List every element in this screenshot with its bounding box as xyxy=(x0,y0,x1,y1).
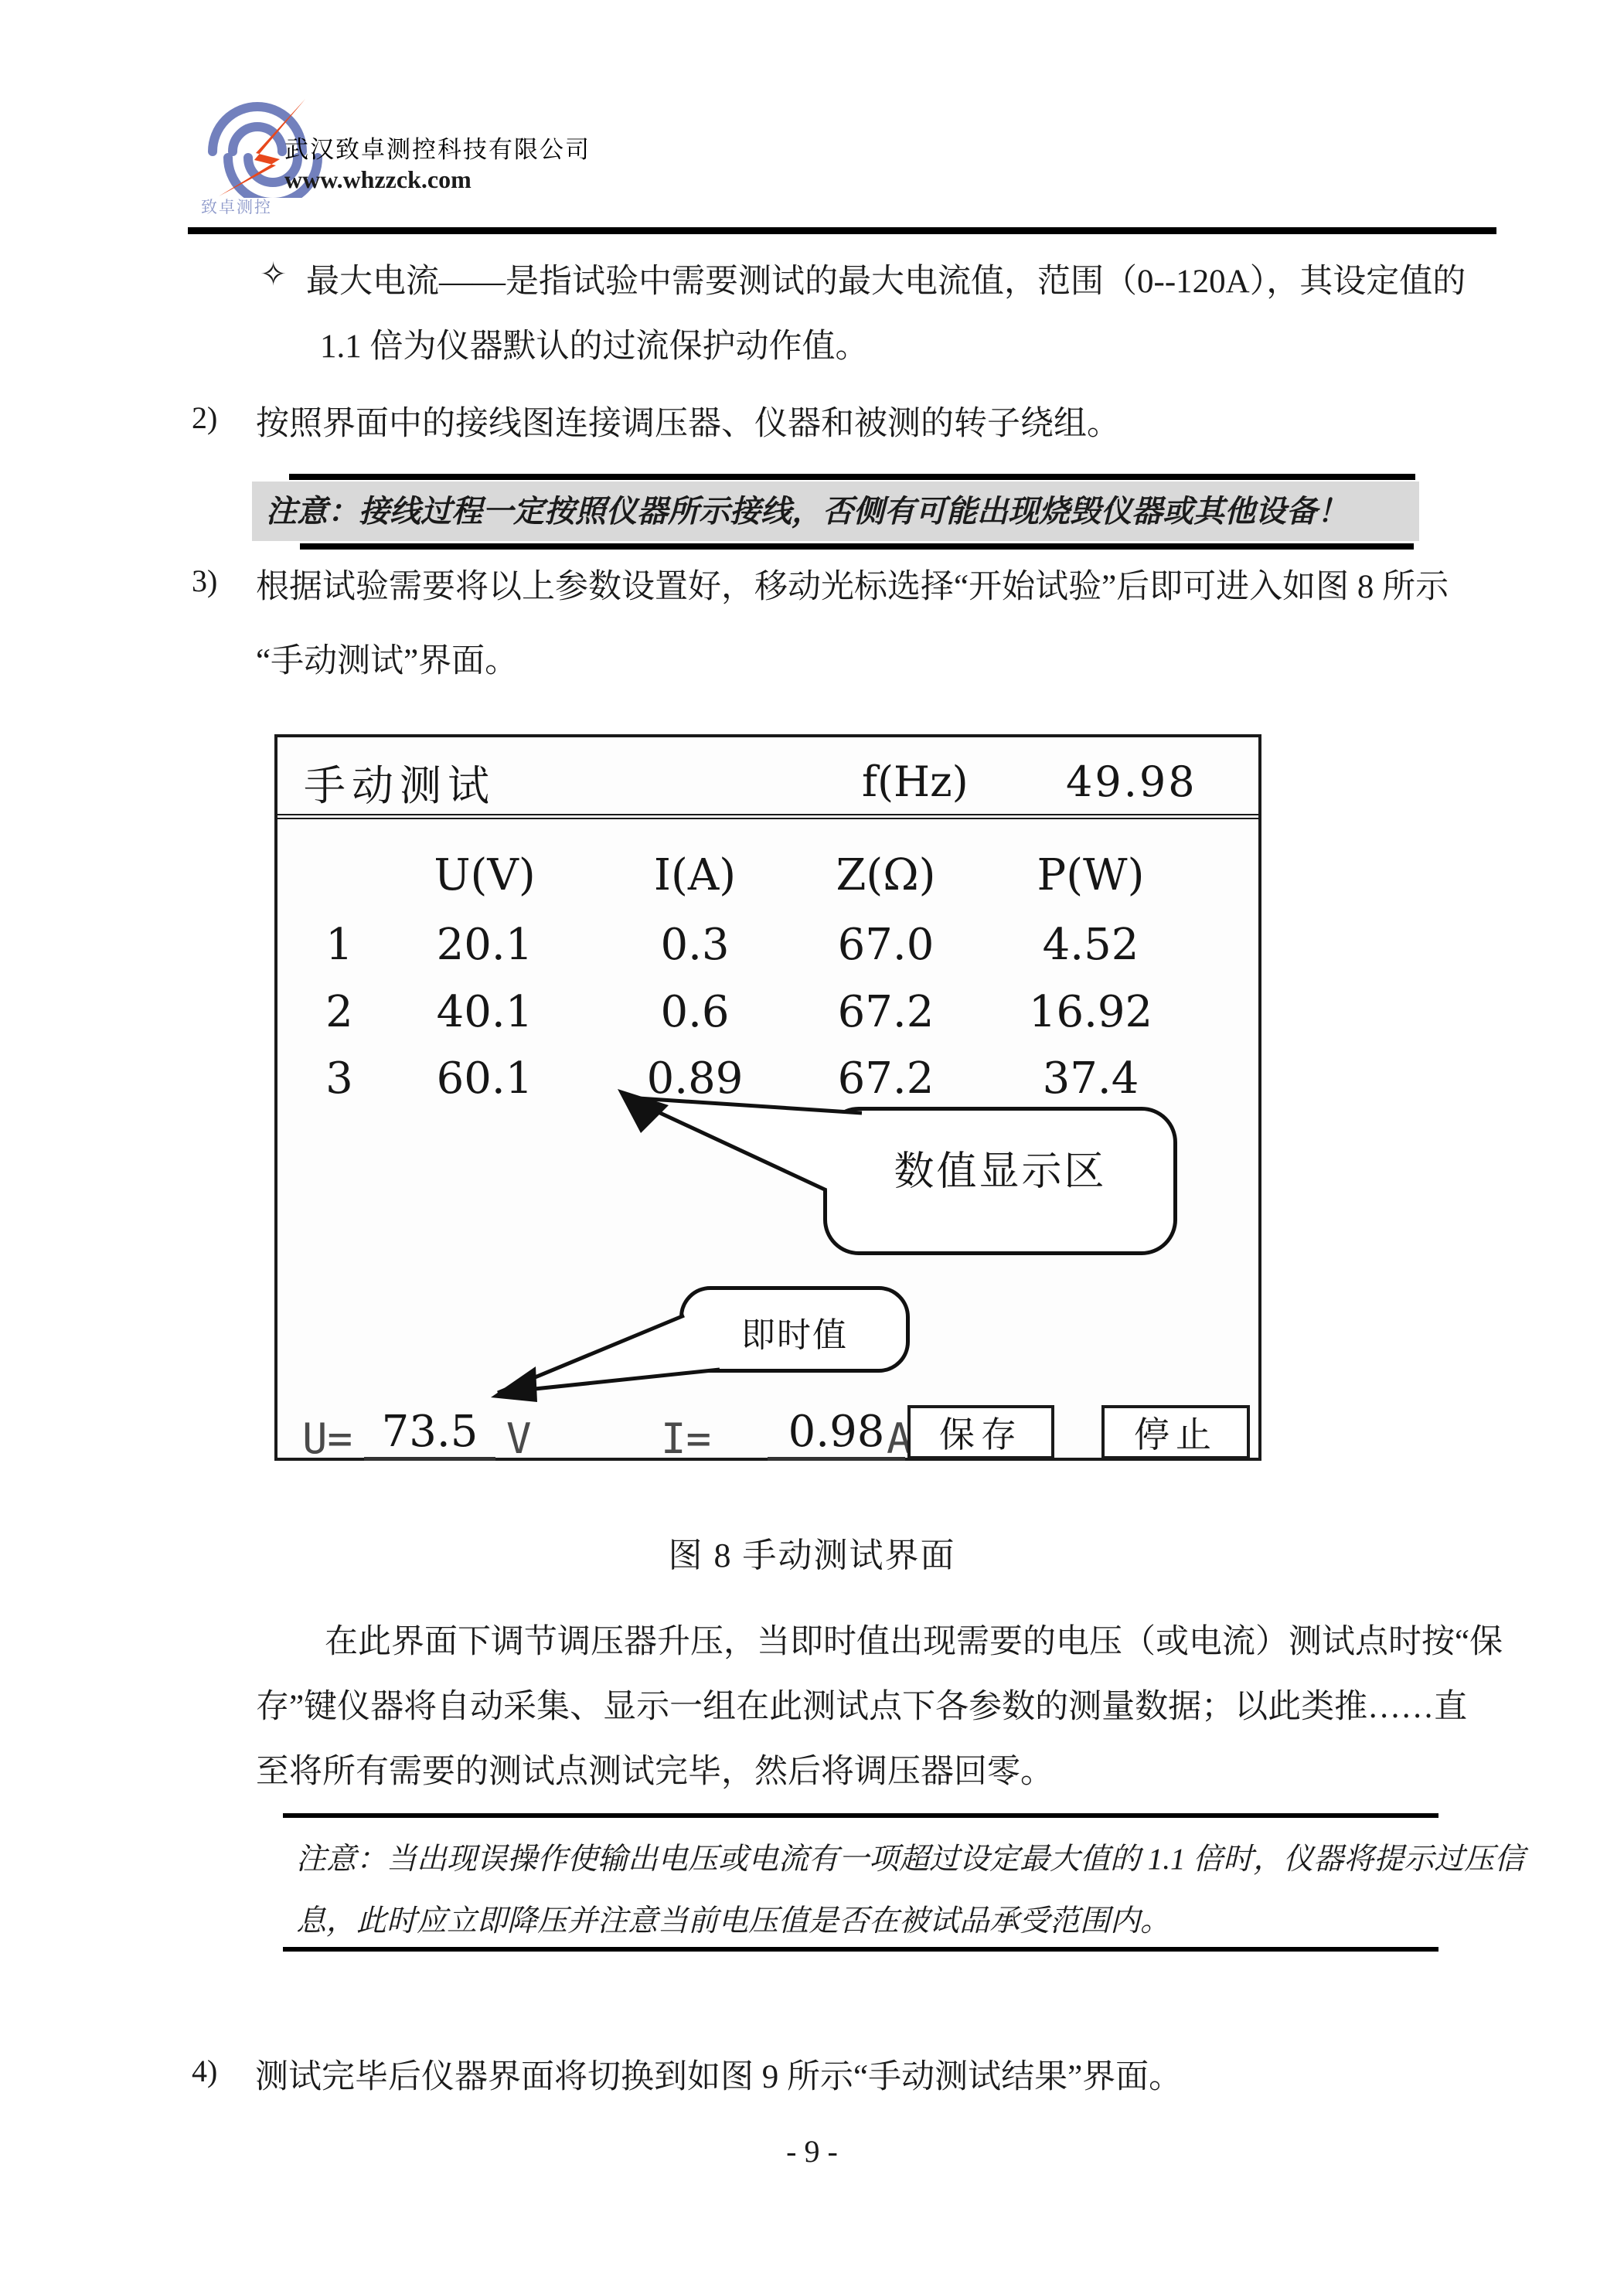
instant-i-value: 0.98 xyxy=(768,1407,905,1461)
paragraph-line-2: 存”键仪器将自动采集、显示一组在此测试点下各参数的测量数据；以此类推……直 xyxy=(256,1680,1467,1727)
warning2-line2: 息，此时应立即降压并注意当前电压值是否在被试品承受范围内。 xyxy=(296,1897,1170,1940)
page-number: - 9 - xyxy=(0,2133,1624,2170)
instant-u-unit: V xyxy=(506,1414,532,1463)
stop-button[interactable]: 停止 xyxy=(1101,1405,1250,1459)
warning2-rule-top xyxy=(283,1813,1438,1818)
callout-bubble-values-area: 数值显示区 xyxy=(823,1107,1177,1255)
logo-caption: 致卓测控 xyxy=(201,195,272,218)
row3-u: 60.1 xyxy=(390,1053,579,1104)
screen-title-row: 手动测试 f(Hz) 49.98 xyxy=(277,737,1258,819)
row2-no: 2 xyxy=(299,987,380,1037)
instant-i-label: I= xyxy=(661,1414,711,1463)
column-header-u: U(V) xyxy=(390,850,579,900)
frequency-value: 49.98 xyxy=(1066,757,1197,806)
save-button[interactable]: 保存 xyxy=(907,1405,1054,1459)
list-item-3-line2: “手动测试”界面。 xyxy=(256,635,518,682)
column-header-z: Z(Ω) xyxy=(785,850,987,900)
instant-u-label: U= xyxy=(302,1414,352,1463)
figure-caption: 图 8 手动测试界面 xyxy=(0,1527,1624,1577)
diamond-bullet-icon: ✧ xyxy=(260,255,287,294)
warning1-banner: 注意：接线过程一定按照仪器所示接线，否侧有可能出现烧毁仪器或其他设备！ xyxy=(252,482,1419,541)
instant-u-value: 73.5 xyxy=(364,1407,495,1461)
row1-u: 20.1 xyxy=(390,920,579,970)
callout-bubble-instant-value: 即时值 xyxy=(679,1286,910,1373)
screen-title: 手动测试 xyxy=(304,753,495,812)
list-item-4-text: 测试完毕后仪器界面将切换到如图 9 所示“手动测试结果”界面。 xyxy=(255,2050,1182,2098)
company-name: 武汉致卓测控科技有限公司 xyxy=(284,130,591,165)
warning2-line1: 注意：当出现误操作使输出电压或电流有一项超过设定最大值的 1.1 倍时，仪器将提… xyxy=(296,1835,1524,1878)
row1-i: 0.3 xyxy=(598,920,792,970)
paragraph-line-1: 在此界面下调节调压器升压，当即时值出现需要的电压（或电流）测试点时按“保 xyxy=(325,1615,1503,1663)
manual-page: 致卓测控 武汉致卓测控科技有限公司 www.whzzck.com ✧ 最大电流―… xyxy=(0,0,1624,2270)
arrowhead-instant-icon xyxy=(491,1366,537,1402)
warning1-rule-top xyxy=(289,474,1415,480)
list-item-3-number: 3) xyxy=(192,563,217,599)
warning2-rule-bottom xyxy=(283,1947,1438,1952)
bullet-line-2: 1.1 倍为仪器默认的过流保护动作值。 xyxy=(320,320,869,367)
row2-z: 67.2 xyxy=(785,987,987,1037)
row1-z: 67.0 xyxy=(785,920,987,970)
list-item-4-number: 4) xyxy=(192,2053,217,2089)
row3-p: 37.4 xyxy=(986,1053,1196,1104)
frequency-label: f(Hz) xyxy=(862,757,969,806)
callout-instant-value-text: 即时值 xyxy=(683,1307,906,1356)
bullet-line-1: 最大电流――是指试验中需要测试的最大电流值，范围（0--120A），其设定值的 xyxy=(306,255,1466,302)
header-rule xyxy=(188,227,1496,234)
warning1-rule-bottom xyxy=(300,543,1414,550)
column-header-i: I(A) xyxy=(598,850,792,900)
list-item-2-number: 2) xyxy=(192,400,217,436)
callout-values-area-text: 数值显示区 xyxy=(827,1138,1173,1196)
device-screen-figure: 手动测试 f(Hz) 49.98 U(V) I(A) Z(Ω) P(W) 1 2… xyxy=(274,734,1261,1461)
list-item-3-line1: 根据试验需要将以上参数设置好，移动光标选择“开始试验”后即可进入如图 8 所示 xyxy=(256,560,1449,607)
warning1-text: 注意：接线过程一定按照仪器所示接线，否侧有可能出现烧毁仪器或其他设备！ xyxy=(252,482,1419,541)
website-link[interactable]: www.whzzck.com xyxy=(284,165,472,194)
row2-p: 16.92 xyxy=(986,987,1196,1037)
row2-i: 0.6 xyxy=(598,987,792,1037)
paragraph-line-3: 至将所有需要的测试点测试完毕，然后将调压器回零。 xyxy=(256,1745,1054,1792)
row3-i: 0.89 xyxy=(598,1053,792,1104)
column-header-p: P(W) xyxy=(986,850,1196,900)
row3-no: 3 xyxy=(299,1053,380,1104)
row2-u: 40.1 xyxy=(390,987,579,1037)
list-item-2-text: 按照界面中的接线图连接调压器、仪器和被测的转子绕组。 xyxy=(256,397,1120,444)
row3-z: 67.2 xyxy=(785,1053,987,1104)
row1-no: 1 xyxy=(299,920,380,970)
row1-p: 4.52 xyxy=(986,920,1196,970)
